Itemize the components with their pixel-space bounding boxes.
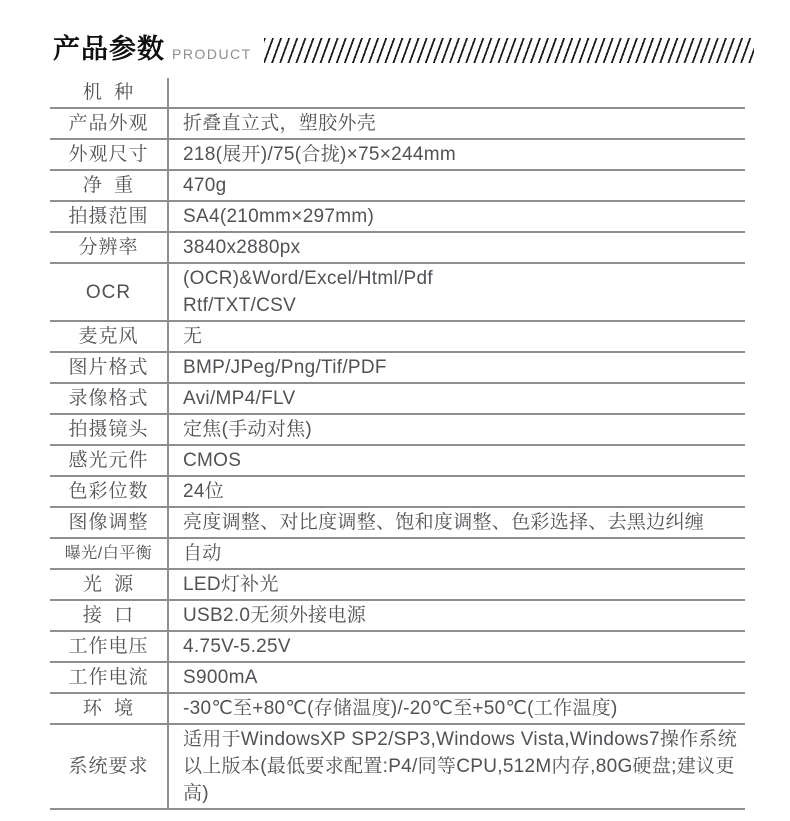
spec-table-row: 环 境 -30℃至+80℃(存储温度)/-20℃至+50℃(工作温度) [50,694,745,725]
product-spec-page: 产品参数 PRODUCT 机 种 产品外观 折叠直立式，塑胶外壳 外观尺寸 21… [0,0,790,821]
spec-table-row: 光 源 LED灯补光 [50,570,745,601]
spec-table: 机 种 产品外观 折叠直立式，塑胶外壳 外观尺寸 218(展开)/75(合拢)×… [50,78,745,810]
spec-value: LED灯补光 [169,570,745,599]
spec-value [169,78,745,107]
spec-table-row: 图像调整 亮度调整、对比度调整、饱和度调整、色彩选择、去黑边纠缠 [50,508,745,539]
spec-value: 4.75V-5.25V [169,632,745,661]
spec-value: 亮度调整、对比度调整、饱和度调整、色彩选择、去黑边纠缠 [169,508,745,537]
spec-table-row: 感光元件 CMOS [50,446,745,477]
spec-value: 24位 [169,477,745,506]
page-title: 产品参数 [53,36,165,63]
spec-label: 曝光/白平衡 [50,539,169,568]
spec-table-row: 拍摄范围 SA4(210mm×297mm) [50,202,745,233]
spec-value: SA4(210mm×297mm) [169,202,745,231]
spec-table-row: 分辨率 3840x2880px [50,233,745,264]
spec-value: 3840x2880px [169,233,745,262]
spec-label: 净 重 [50,171,169,200]
spec-table-row: 工作电流 S900mA [50,663,745,694]
spec-table-row: 净 重 470g [50,171,745,202]
spec-value: 无 [169,322,745,351]
spec-table-row: 曝光/白平衡 自动 [50,539,745,570]
spec-value: 470g [169,171,745,200]
spec-label: 机 种 [50,78,169,107]
spec-label: 分辨率 [50,233,169,262]
spec-label: 环 境 [50,694,169,723]
spec-label: 工作电流 [50,663,169,692]
spec-value: 自动 [169,539,745,568]
spec-value: 218(展开)/75(合拢)×75×244mm [169,140,745,169]
spec-label: 系统要求 [50,725,169,808]
spec-table-row: 机 种 [50,78,745,109]
spec-label: 感光元件 [50,446,169,475]
spec-label: 图像调整 [50,508,169,537]
spec-label: 图片格式 [50,353,169,382]
diagonal-stripes-decoration [264,38,754,63]
spec-label: OCR [50,264,169,320]
spec-table-row: 录像格式 Avi/MP4/FLV [50,384,745,415]
spec-table-row: 系统要求 适用于WindowsXP SP2/SP3,Windows Vista,… [50,725,745,810]
spec-value: Avi/MP4/FLV [169,384,745,413]
section-header: 产品参数 PRODUCT [53,30,754,63]
spec-table-row: 色彩位数 24位 [50,477,745,508]
spec-label: 色彩位数 [50,477,169,506]
spec-table-row: 外观尺寸 218(展开)/75(合拢)×75×244mm [50,140,745,171]
spec-value: USB2.0无须外接电源 [169,601,745,630]
spec-label: 接 口 [50,601,169,630]
spec-table-row: 接 口 USB2.0无须外接电源 [50,601,745,632]
spec-label: 拍摄范围 [50,202,169,231]
spec-value: -30℃至+80℃(存储温度)/-20℃至+50℃(工作温度) [169,694,745,723]
spec-value: 定焦(手动对焦) [169,415,745,444]
spec-label: 拍摄镜头 [50,415,169,444]
spec-table-row: 图片格式 BMP/JPeg/Png/Tif/PDF [50,353,745,384]
spec-value: CMOS [169,446,745,475]
spec-table-row: 产品外观 折叠直立式，塑胶外壳 [50,109,745,140]
spec-value: 折叠直立式，塑胶外壳 [169,109,745,138]
spec-label: 麦克风 [50,322,169,351]
spec-table-row: 麦克风 无 [50,322,745,353]
spec-table-row: 拍摄镜头 定焦(手动对焦) [50,415,745,446]
spec-label: 工作电压 [50,632,169,661]
spec-value: S900mA [169,663,745,692]
spec-value: 适用于WindowsXP SP2/SP3,Windows Vista,Windo… [169,725,745,808]
spec-label: 外观尺寸 [50,140,169,169]
spec-label: 光 源 [50,570,169,599]
spec-table-row: 工作电压 4.75V-5.25V [50,632,745,663]
spec-value: BMP/JPeg/Png/Tif/PDF [169,353,745,382]
spec-value: (OCR)&Word/Excel/Html/Pdf Rtf/TXT/CSV [169,264,745,320]
page-subtitle: PRODUCT [172,47,252,63]
spec-table-row: OCR (OCR)&Word/Excel/Html/Pdf Rtf/TXT/CS… [50,264,745,322]
spec-label: 产品外观 [50,109,169,138]
spec-label: 录像格式 [50,384,169,413]
